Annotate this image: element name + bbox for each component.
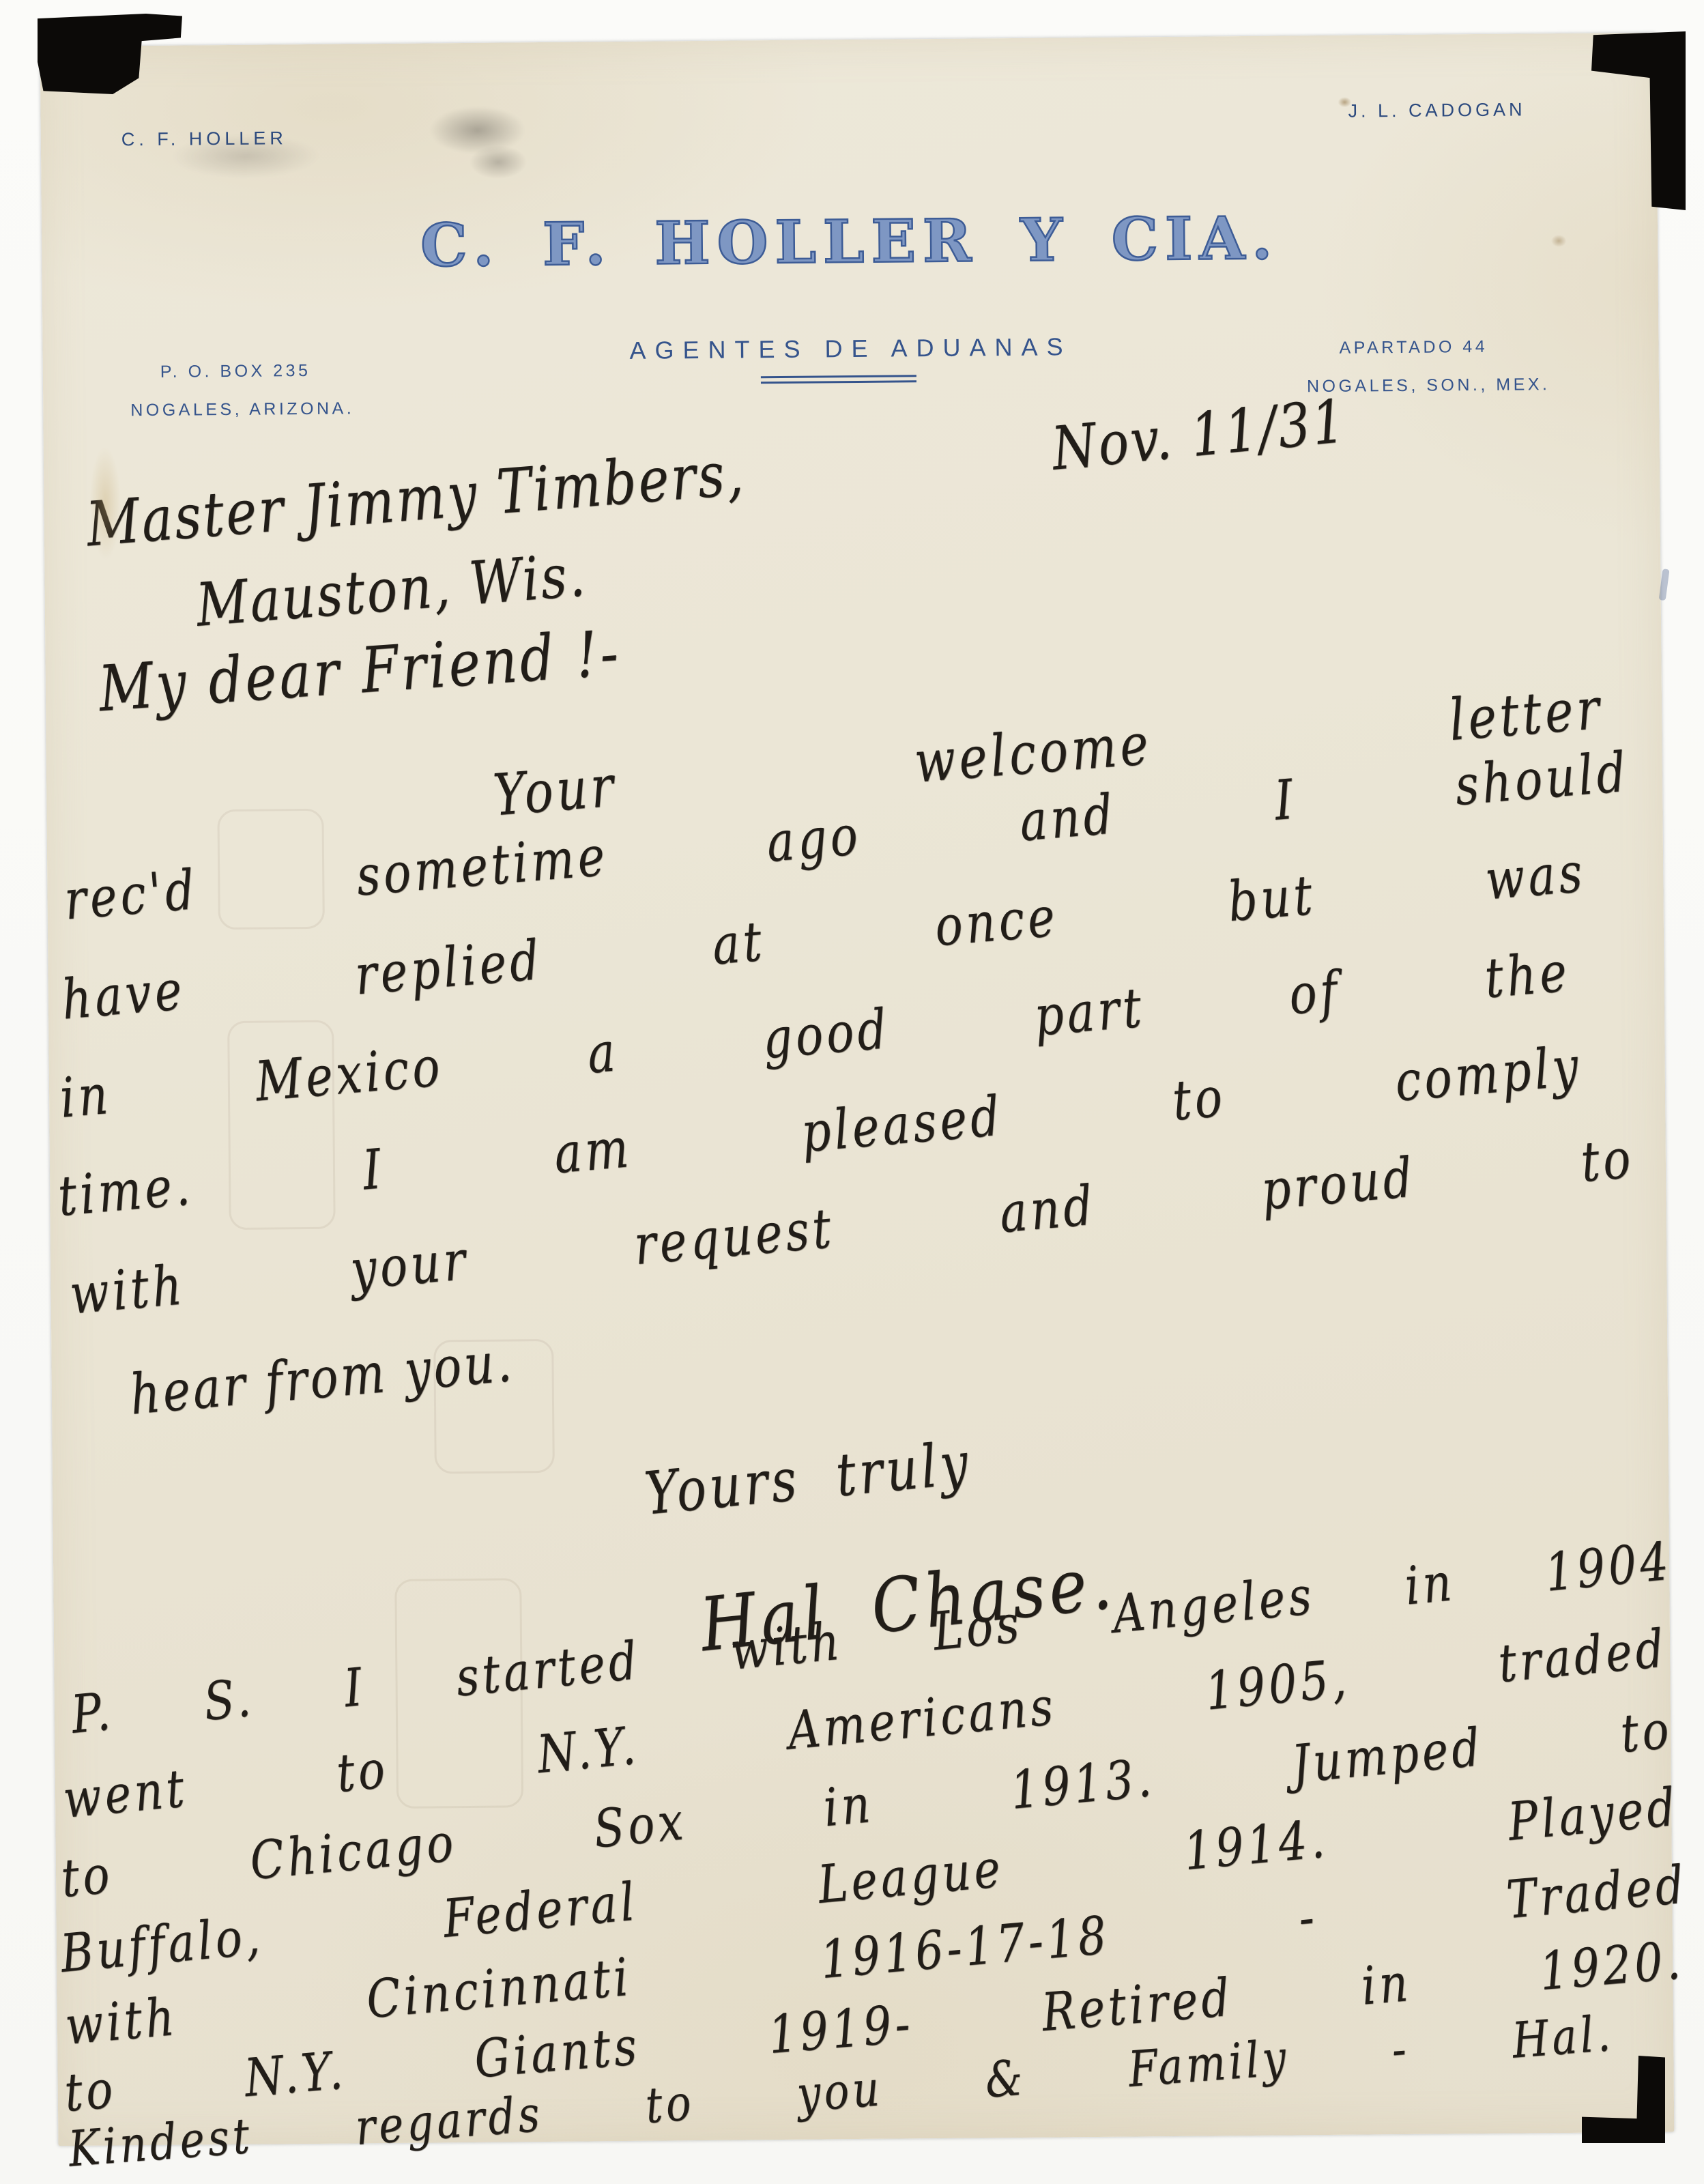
embossed-watermark: [227, 1020, 336, 1230]
handwritten-date: Nov. 11/31: [1049, 386, 1349, 483]
recipient-name-line: Master Jimmy Timbers,: [84, 437, 748, 560]
letterhead-company-name: C. F. HOLLER Y CIA.: [42, 201, 1658, 284]
graphite-smudge: [457, 138, 540, 186]
letterhead-agent-left: C. F. HOLLER: [121, 128, 287, 150]
closing-line: Yours truly: [641, 1428, 974, 1528]
blue-ink-mark: [1659, 569, 1670, 601]
scan-background: C. F. HOLLER J. L. CADOGAN C. F. HOLLER …: [0, 0, 1704, 2184]
letterhead-city-arizona: NOGALES, ARIZONA.: [130, 399, 354, 420]
letterhead-double-rule: [761, 375, 916, 387]
salutation-line: My dear Friend !-: [96, 617, 623, 725]
rule-line: [761, 375, 916, 378]
letterhead-agent-right: J. L. CADOGAN: [1348, 99, 1525, 121]
rule-line: [761, 380, 916, 384]
embossed-watermark: [433, 1339, 555, 1474]
embossed-watermark: [394, 1578, 523, 1809]
letter-paper: C. F. HOLLER J. L. CADOGAN C. F. HOLLER …: [40, 33, 1675, 2146]
embossed-watermark: [217, 809, 325, 930]
letterhead-apartado: APARTADO 44: [1339, 337, 1488, 358]
letterhead-po-box: P. O. BOX 235: [160, 361, 311, 382]
graphite-smudge: [409, 96, 546, 165]
